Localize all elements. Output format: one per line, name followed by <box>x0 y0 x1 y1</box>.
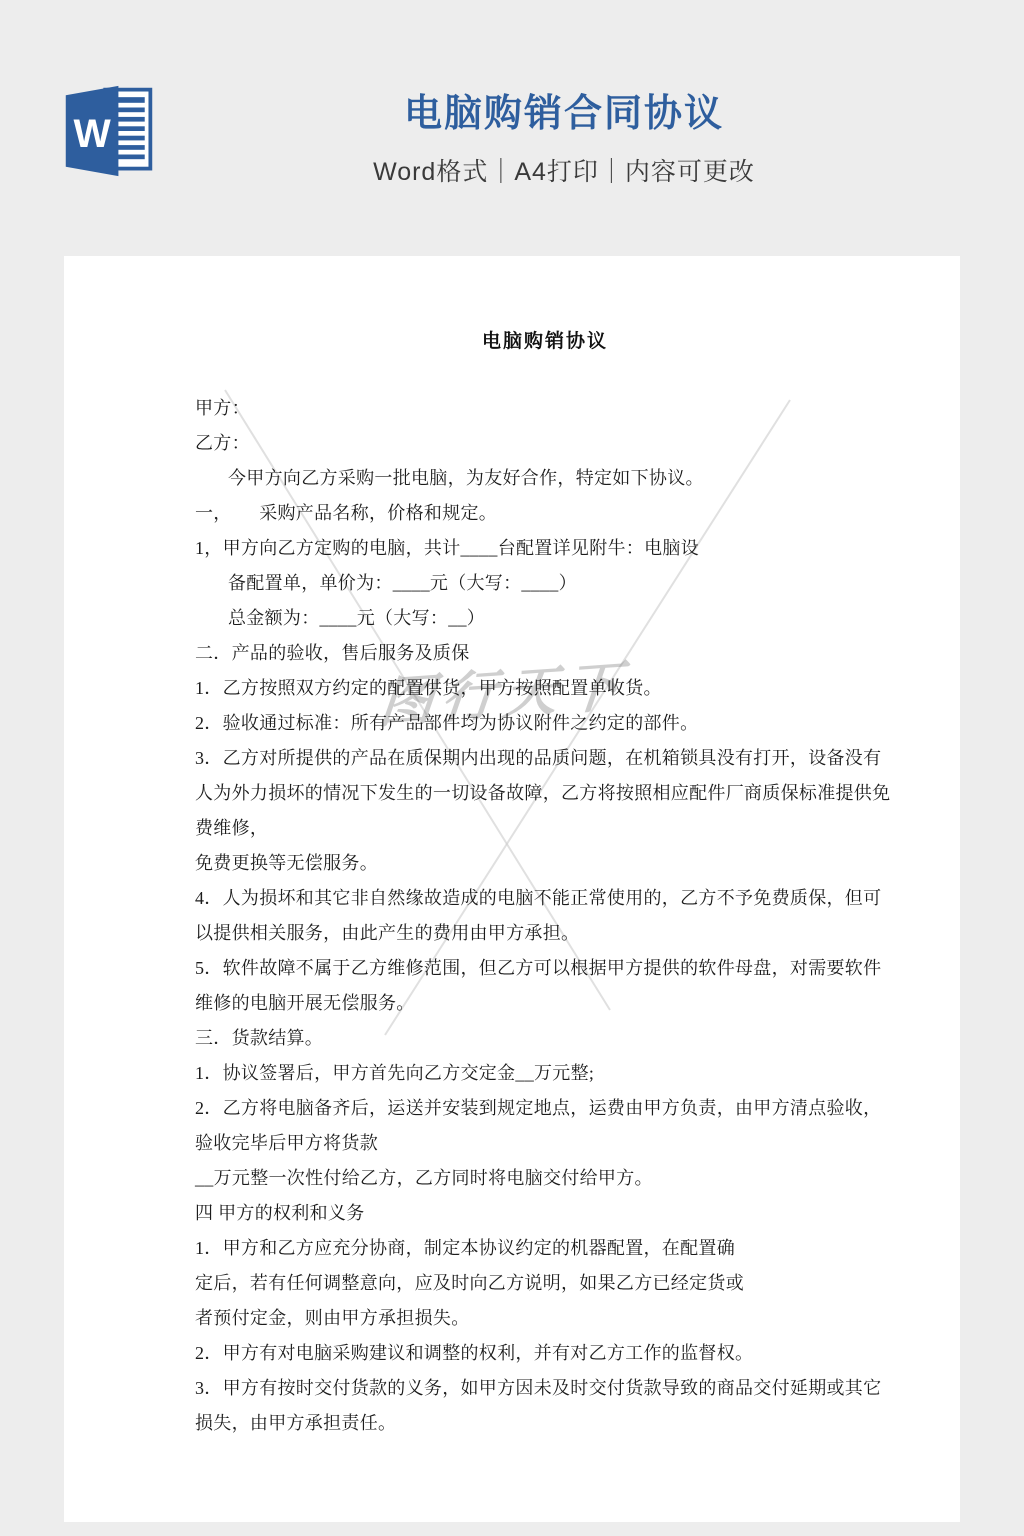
document-line: 1．甲方和乙方应充分协商，制定本协议约定的机器配置，在配置确 <box>195 1229 935 1264</box>
document-line: 一， 采购产品名称，价格和规定。 <box>195 494 935 529</box>
template-preview: W 电脑购销合同协议 Word格式｜A4打印｜内容可更改 图行天下 电脑购销协议… <box>0 0 1024 1536</box>
header-text: 电脑购销合同协议 Word格式｜A4打印｜内容可更改 <box>0 92 1024 188</box>
document-line: 验收完毕后甲方将货款 <box>195 1124 935 1159</box>
document-line: 二．产品的验收，售后服务及质保 <box>195 634 935 669</box>
document-title: 电脑购销协议 <box>185 256 905 353</box>
document-line: 1，甲方向乙方定购的电脑，共计____台配置详见附牛：电脑设 <box>195 529 935 564</box>
document-line: 维修的电脑开展无偿服务。 <box>195 984 935 1019</box>
document-line: 4．人为损坏和其它非自然缘故造成的电脑不能正常使用的，乙方不予免费质保，但可 <box>195 879 935 914</box>
document-line: 者预付定金，则由甲方承担损失。 <box>195 1299 935 1334</box>
document-line: 5．软件故障不属于乙方维修范围，但乙方可以根据甲方提供的软件母盘，对需要软件 <box>195 949 935 984</box>
document-line: 1．协议签署后，甲方首先向乙方交定金__万元整; <box>195 1054 935 1089</box>
document-line: 1．乙方按照双方约定的配置供货，甲方按照配置单收货。 <box>195 669 935 704</box>
document-line: 3．乙方对所提供的产品在质保期内出现的品质问题，在机箱锁具没有打开，设备没有 <box>195 739 935 774</box>
document-line: 总金额为：____元（大写：__） <box>195 599 935 634</box>
document-line: 损失，由甲方承担责任。 <box>195 1404 935 1439</box>
document-line: 乙方： <box>195 424 935 459</box>
document-line: 费维修， <box>195 809 935 844</box>
document-line: 2．验收通过标准：所有产品部件均为协议附件之约定的部件。 <box>195 704 935 739</box>
document-line: 定后，若有任何调整意向，应及时向乙方说明，如果乙方已经定货或 <box>195 1264 935 1299</box>
document-line: 甲方： <box>195 389 935 424</box>
document-line: 2．甲方有对电脑采购建议和调整的权利，并有对乙方工作的监督权。 <box>195 1334 935 1369</box>
document-line: 今甲方向乙方采购一批电脑，为友好合作，特定如下协议。 <box>195 459 935 494</box>
template-header: W 电脑购销合同协议 Word格式｜A4打印｜内容可更改 <box>0 0 1024 230</box>
document-page: 图行天下 电脑购销协议 甲方：乙方：今甲方向乙方采购一批电脑，为友好合作，特定如… <box>64 256 960 1522</box>
document-line: 3．甲方有按时交付货款的义务，如甲方因未及时交付货款导致的商品交付延期或其它 <box>195 1369 935 1404</box>
document-line: 以提供相关服务，由此产生的费用由甲方承担。 <box>195 914 935 949</box>
document-line: __万元整一次性付给乙方，乙方同时将电脑交付给甲方。 <box>195 1159 935 1194</box>
template-subtitle: Word格式｜A4打印｜内容可更改 <box>104 152 1024 188</box>
document-lines: 甲方：乙方：今甲方向乙方采购一批电脑，为友好合作，特定如下协议。一， 采购产品名… <box>195 389 935 1439</box>
document-line: 2．乙方将电脑备齐后，运送并安装到规定地点，运费由甲方负责，由甲方清点验收， <box>195 1089 935 1124</box>
document-line: 三．货款结算。 <box>195 1019 935 1054</box>
document-line: 人为外力损坏的情况下发生的一切设备故障，乙方将按照相应配件厂商质保标准提供免 <box>195 774 935 809</box>
document-line: 备配置单，单价为：____元（大写：____） <box>195 564 935 599</box>
document-line: 免费更换等无偿服务。 <box>195 844 935 879</box>
document-line: 四 甲方的权利和义务 <box>195 1194 935 1229</box>
template-title: 电脑购销合同协议 <box>104 92 1024 138</box>
